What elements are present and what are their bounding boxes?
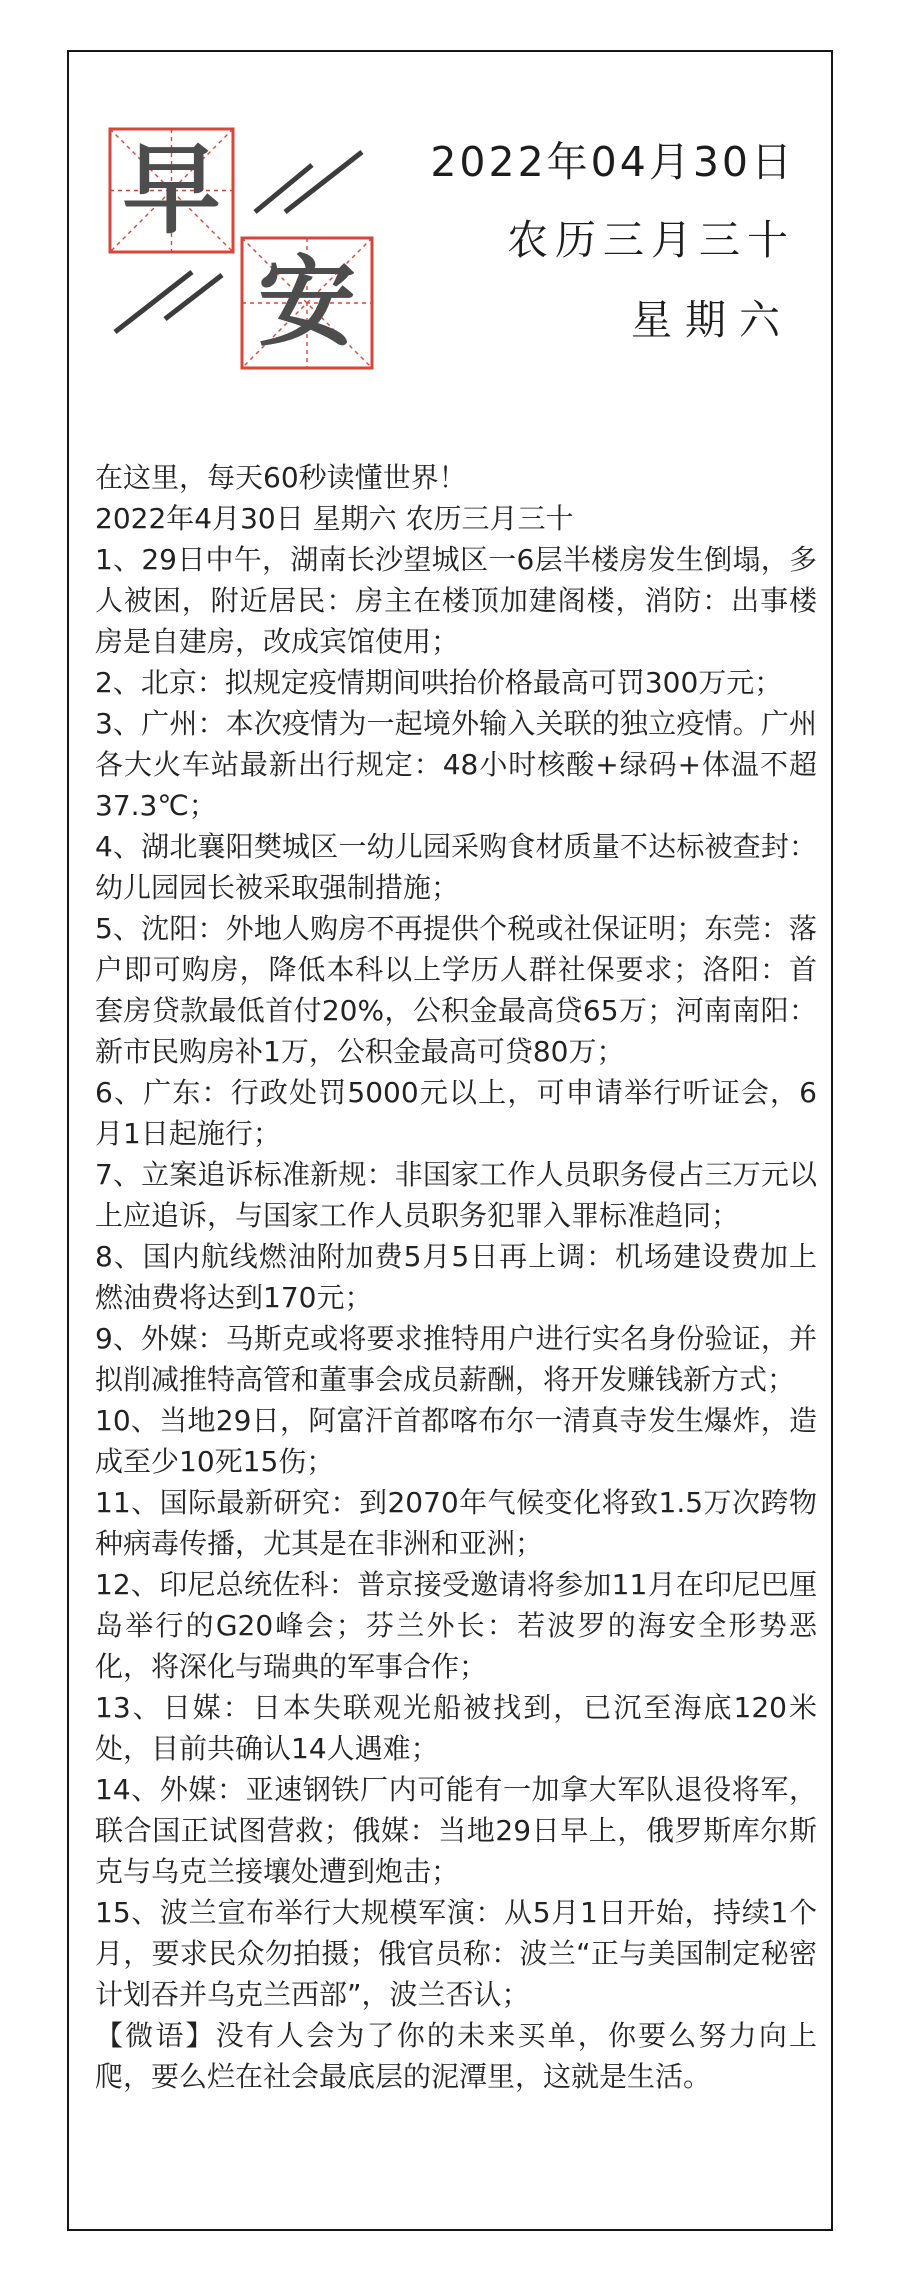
lunar-text: 农历三月三十	[430, 220, 795, 261]
news-item: 1、29日中午，湖南长沙望城区一6层半楼房发生倒塌，多人被困，附近居民：房主在楼…	[95, 539, 817, 662]
news-item: 6、广东：行政处罚5000元以上，可申请举行听证会，6月1日起施行；	[95, 1072, 817, 1154]
news-item: 7、立案追诉标准新规：非国家工作人员职务侵占三万元以上应追诉，与国家工作人员职务…	[95, 1154, 817, 1236]
weiyu-line: 【微语】没有人会为了你的未来买单，你要么努力向上爬，要么烂在社会最底层的泥潭里，…	[95, 2015, 817, 2097]
slash-marks-top-icon	[255, 152, 362, 212]
slash-line	[115, 272, 192, 332]
news-item: 2、北京：拟规定疫情期间哄抬价格最高可罚300万元；	[95, 662, 817, 703]
calligraphy-grid-zao: 早	[110, 129, 233, 252]
slash-line	[285, 152, 362, 212]
news-item: 8、国内航线燃油附加费5月5日再上调：机场建设费加上燃油费将达到170元；	[95, 1236, 817, 1318]
news-item: 9、外媒：马斯克或将要求推特用户进行实名身份验证，并拟削减推特高管和董事会成员薪…	[95, 1318, 817, 1400]
header-date-block: 2022年04月30日 农历三月三十 星期六	[430, 142, 795, 341]
slash-marks-bottom-icon	[115, 272, 222, 332]
slash-line	[255, 165, 312, 212]
news-item: 5、沈阳：外地人购房不再提供个税或社保证明；东莞：落户即可购房，降低本科以上学历…	[95, 908, 817, 1072]
weekday-text: 星期六	[430, 300, 795, 341]
news-item: 12、印尼总统佐科：普京接受邀请将参加11月在印尼巴厘岛举行的G20峰会；芬兰外…	[95, 1564, 817, 1687]
calligraphy-grid-an: 安	[242, 238, 372, 368]
news-item: 3、广州：本次疫情为一起境外输入关联的独立疫情。广州各大火车站最新出行规定：48…	[95, 703, 817, 826]
news-item: 14、外媒：亚速钢铁厂内可能有一加拿大军队退役将军，联合国正试图营救；俄媒：当地…	[95, 1769, 817, 1892]
date-text: 2022年04月30日	[430, 142, 795, 183]
intro-line: 在这里，每天60秒读懂世界！	[95, 457, 817, 498]
news-item: 10、当地29日，阿富汗首都喀布尔一清真寺发生爆炸，造成至少10死15伤；	[95, 1400, 817, 1482]
news-item: 13、日媒：日本失联观光船被找到，已沉至海底120米处，目前共确认14人遇难；	[95, 1687, 817, 1769]
logo-char-an: 安	[258, 246, 356, 360]
zao-an-logo: 早 安	[103, 124, 443, 444]
news-item: 15、波兰宣布举行大规模军演：从5月1日开始，持续1个月，要求民众勿拍摄；俄官员…	[95, 1892, 817, 2015]
date-line: 2022年4月30日 星期六 农历三月三十	[95, 498, 817, 539]
news-item: 11、国际最新研究：到2070年气候变化将致1.5万次跨物种病毒传播，尤其是在非…	[95, 1482, 817, 1564]
news-card: 早 安 2022年04月30日 农历三月三十 星期六 在这里，每天60秒读懂世界…	[67, 50, 833, 2231]
logo-char-zao: 早	[122, 134, 220, 248]
news-list: 1、29日中午，湖南长沙望城区一6层半楼房发生倒塌，多人被困，附近居民：房主在楼…	[95, 539, 817, 2015]
slash-line	[165, 275, 222, 319]
news-item: 4、湖北襄阳樊城区一幼儿园采购食材质量不达标被查封：幼儿园园长被采取强制措施；	[95, 826, 817, 908]
news-body: 在这里，每天60秒读懂世界！ 2022年4月30日 星期六 农历三月三十 1、2…	[95, 457, 817, 2097]
